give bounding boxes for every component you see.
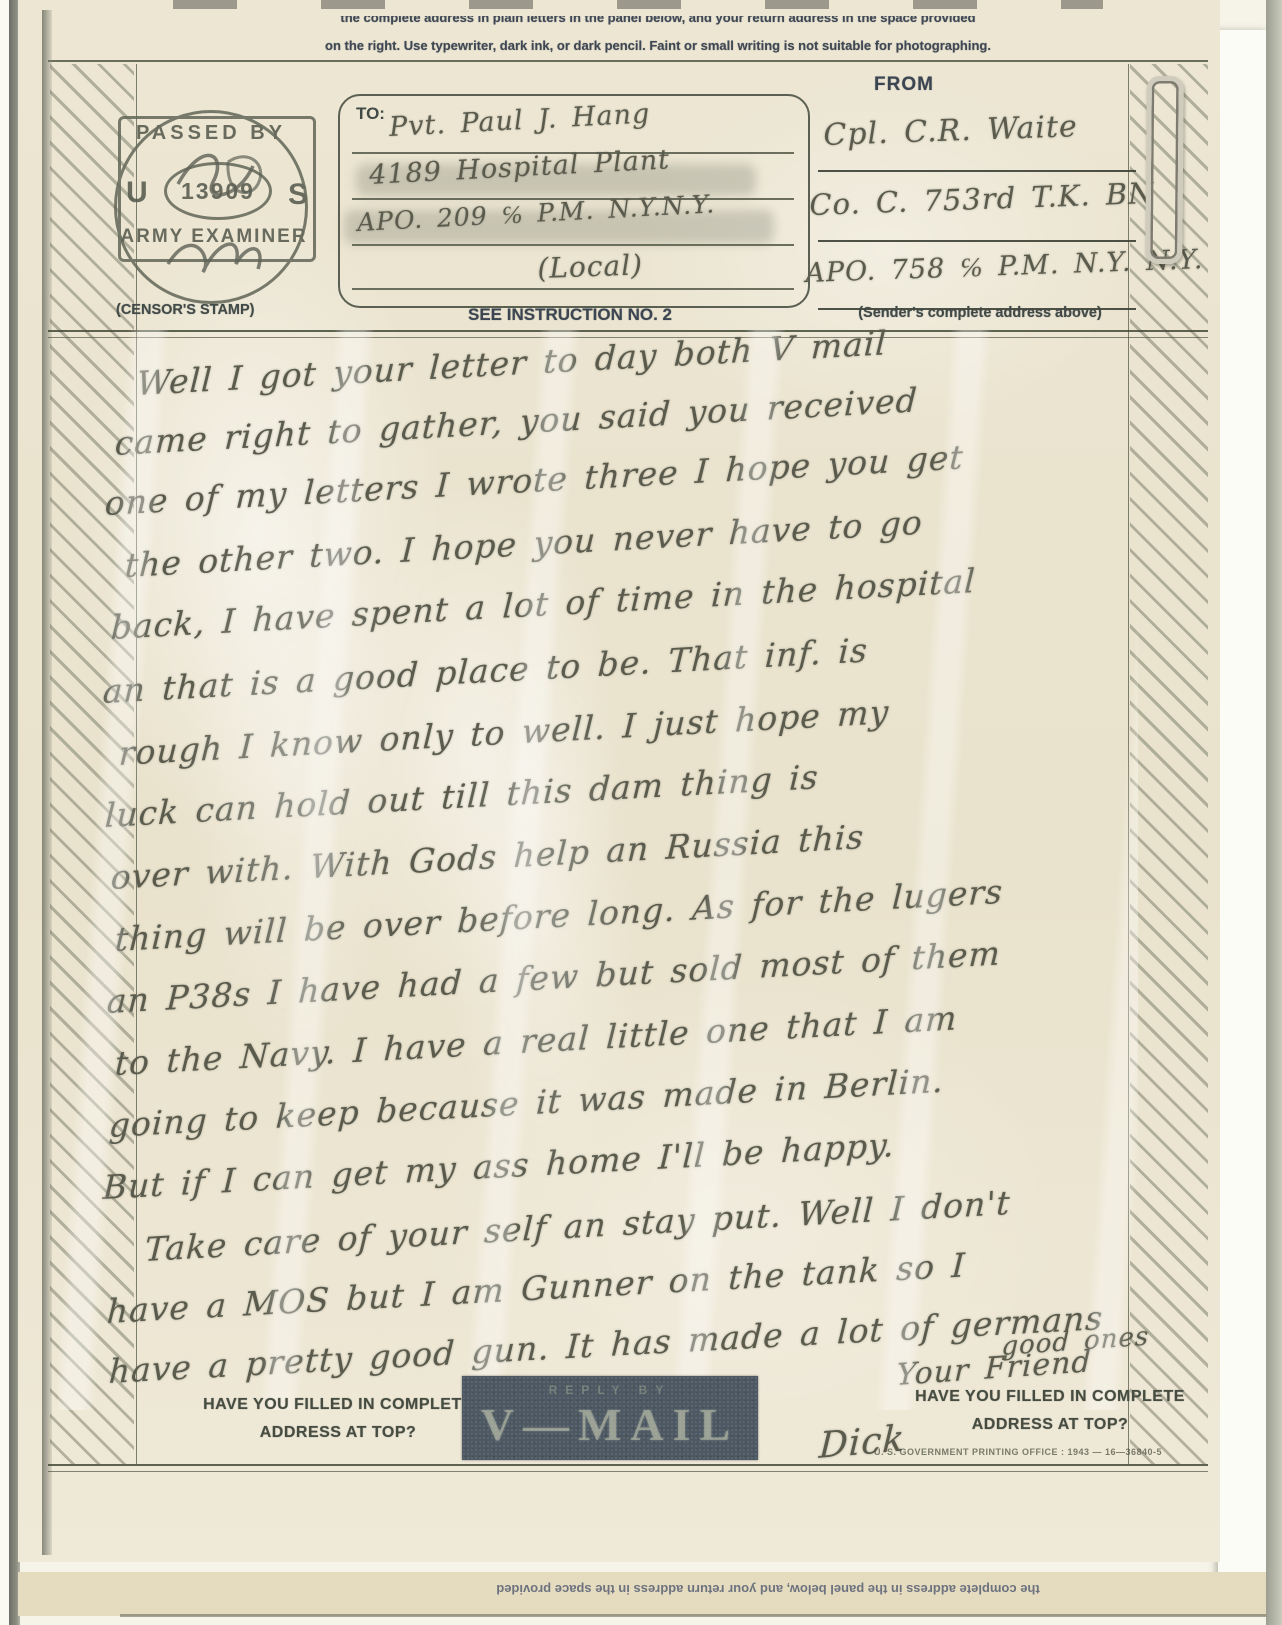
reply-by-label: REPLY BY — [462, 1383, 758, 1397]
vmail-form-sheet: the complete address in plain letters in… — [18, 0, 1220, 1562]
next-sheet-mirrored-print: the complete address in the panel below,… — [318, 1582, 1218, 1597]
reply-by-vmail-box: REPLY BY V—MAIL — [462, 1376, 758, 1460]
bottom-scan-line — [120, 1614, 1266, 1617]
to-rule-4 — [352, 288, 794, 290]
right-reminder-line1: HAVE YOU FILLED IN COMPLETE — [880, 1388, 1220, 1406]
paper-clip — [1145, 76, 1184, 264]
from-rule-1 — [818, 170, 1136, 172]
vmail-wordmark: V—MAIL — [462, 1398, 758, 1451]
censor-stamp-caption: (CENSOR'S STAMP) — [116, 302, 255, 318]
from-line-2: Co. C. 753rd T.K. BN — [809, 176, 1155, 222]
to-label: TO: — [356, 104, 385, 124]
from-line-1: Cpl. C.R. Waite — [823, 109, 1079, 153]
letter-body: Well I got your letter to day both V mai… — [96, 350, 1226, 1480]
top-instructions-line1: the complete address in plain letters in… — [340, 16, 975, 25]
right-reminder-line2: ADDRESS AT TOP? — [880, 1416, 1220, 1434]
see-instruction-note: SEE INSTRUCTION NO. 2 — [430, 305, 710, 325]
sender-address-caption: (Sender's complete address above) — [830, 305, 1130, 321]
scan-right-dark-edge — [1266, 0, 1282, 1625]
top-instructions-line2: on the right. Use typewriter, dark ink, … — [158, 38, 1158, 53]
letter-line: luck can hold out till this dam thing is — [104, 757, 820, 835]
from-label: FROM — [874, 74, 934, 96]
bottom-double-rule — [48, 1464, 1208, 1472]
letter-closing: Your Friend — [896, 1344, 1092, 1393]
top-rule — [48, 60, 1208, 62]
censor-signature-squiggle — [108, 104, 323, 322]
next-sheet-edge-strip: the complete address in the panel below,… — [18, 1572, 1266, 1616]
to-rule-3 — [352, 244, 794, 246]
censor-stamp: PASSED BY U S 13909 ARMY EXAMINER — [108, 104, 323, 322]
gpo-imprint: U. S. GOVERNMENT PRINTING OFFICE : 1943 … — [846, 1447, 1190, 1457]
from-rule-2 — [818, 240, 1136, 242]
scan-left-margin — [0, 0, 9, 1625]
to-line-4: (Local) — [537, 248, 644, 285]
top-instructions-line1-clipped: the complete address in plain letters in… — [158, 16, 1158, 36]
scanner-top-marks — [173, 0, 1103, 9]
vmail-letter-scan: the complete address in plain letters in… — [0, 0, 1282, 1625]
